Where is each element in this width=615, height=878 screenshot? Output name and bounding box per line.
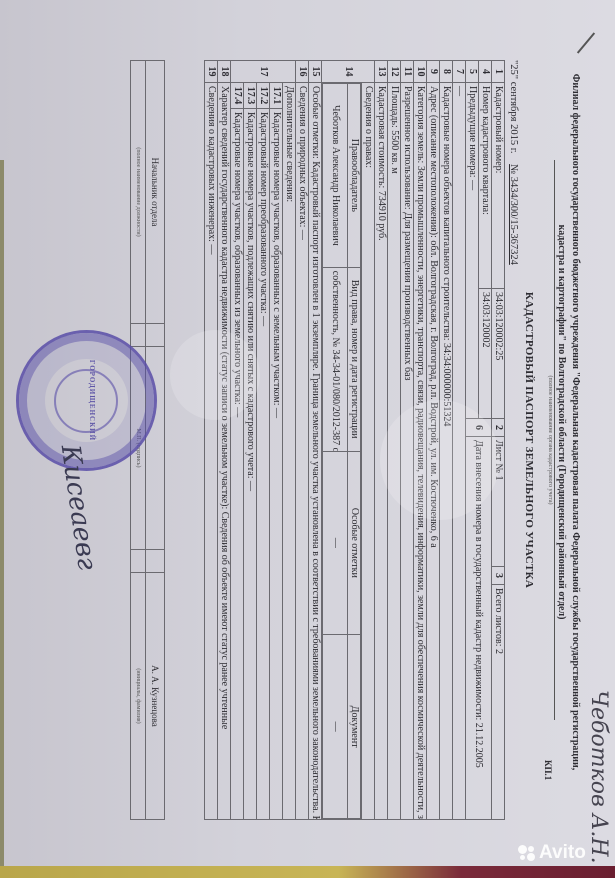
rights-notes: —: [323, 451, 348, 635]
row-label: Номер кадастрового квартала:: [479, 83, 492, 289]
table-row: Правообладатель Вид права, номер и дата …: [322, 61, 362, 820]
row-number: 13: [375, 61, 388, 83]
date-line: "25" сентября 2015 г. № 3434/300/15-3673…: [508, 60, 519, 265]
table-row: 18 Характер сведений государственного ка…: [218, 61, 231, 820]
record-status: Характер сведений государственного кадас…: [218, 83, 231, 820]
table-row: 17.4 Кадастровые номера участков, образо…: [231, 61, 244, 820]
table-row: 17 Дополнительные сведения:: [283, 61, 296, 820]
issuer-header-line1: Филиал федерального государственного бюд…: [570, 62, 581, 782]
row-number: 17.2: [257, 83, 270, 109]
total-sheets: Всего листов: 2: [492, 585, 505, 820]
cadastral-number: 34:03:120002:25: [492, 289, 505, 419]
issuer-caption: (полное наименование органа кадастрового…: [547, 160, 553, 720]
table-row: 17.1 Кадастровые номера участков, образо…: [270, 61, 283, 820]
rights-label: Сведения о правах:: [362, 83, 375, 820]
quarter-number: 34:03:120002: [479, 289, 492, 419]
spacer: [131, 550, 146, 573]
form-code: КП.1: [543, 760, 553, 780]
spacer: [146, 324, 165, 347]
official-position: Начальник отдела: [146, 61, 165, 324]
rights-header-holder: Правообладатель: [348, 84, 361, 268]
rights-table: Правообладатель Вид права, номер и дата …: [322, 83, 361, 819]
name-caption: (инициалы, фамилия): [131, 573, 146, 820]
rights-type: собственность, № 34-34-01/080/2012-387 о…: [323, 267, 348, 451]
row-number: 17.1: [270, 83, 283, 109]
row-number: 19: [205, 61, 218, 83]
spacer: [131, 324, 146, 347]
row-number: 18: [218, 61, 231, 83]
rights-header-right: Вид права, номер и дата регистрации: [348, 267, 361, 451]
additional-info: Дополнительные сведения:: [283, 83, 296, 820]
watermark-shape: [380, 400, 500, 520]
official-stamp: ГОРОДИЩЕНСКИЙ: [16, 330, 157, 471]
row-number: 4: [479, 61, 492, 83]
table-row: 16 Сведения о природных объектах: —: [296, 61, 309, 820]
formed-with-parcels: Кадастровые номера участков, образованны…: [270, 109, 283, 820]
row-number: 12: [388, 61, 401, 83]
row-value: —: [467, 180, 478, 190]
row-number: 17: [231, 61, 296, 83]
stamp-emblem: [54, 369, 118, 433]
rights-holder: Чеботков Александр Николаевич: [323, 84, 348, 268]
row-number: 9: [427, 61, 440, 83]
row-number: 17.4: [231, 83, 244, 109]
spacer: [146, 550, 165, 573]
row-number: 7: [453, 61, 466, 83]
cadastral-engineers: Сведения о кадастровых инженерах: —: [205, 83, 218, 820]
header-rule: [554, 160, 555, 720]
row-number: 8: [440, 61, 453, 83]
official-name: А. А. Кузнецова: [146, 573, 165, 820]
watermark-shape: [170, 330, 260, 420]
document-number: № 3434/300/15-367324: [508, 164, 519, 265]
issue-date: "25" сентября 2015 г.: [508, 60, 519, 153]
avito-watermark: Avito: [518, 842, 586, 864]
table-row: 14 Сведения о правах:: [362, 61, 375, 820]
row-number: 3: [492, 567, 505, 585]
rights-header-document: Документ: [348, 635, 361, 819]
row-number: 16: [296, 61, 309, 83]
row-number: 14: [322, 61, 375, 83]
stamp-text: ГОРОДИЩЕНСКИЙ: [88, 343, 96, 458]
rights-cell: Правообладатель Вид права, номер и дата …: [322, 83, 362, 820]
row-label: Кадастровый номер:: [492, 83, 505, 289]
document-title: КАДАСТРОВЫЙ ПАСПОРТ ЗЕМЕЛЬНОГО УЧАСТКА: [523, 60, 535, 820]
rights-header-notes: Особые отметки: [348, 451, 361, 635]
issuer-header-line2: кадастра и картографии" по Волгоградской…: [556, 62, 567, 782]
row-number: 17.3: [244, 83, 257, 109]
table-edge-strip: [0, 160, 4, 878]
row-number: 5: [466, 61, 479, 83]
avito-logo-icon: [518, 845, 536, 861]
handwritten-name: Чеботков А.Н.: [586, 690, 611, 864]
rights-document: —: [323, 635, 348, 819]
row-number: 1: [492, 61, 505, 83]
row-number: 15: [309, 61, 322, 83]
table-row: 17.3 Кадастровые номера участков, подлеж…: [244, 61, 257, 820]
removed-parcels: Кадастровые номера участков, подлежащих …: [244, 109, 257, 820]
formed-from-parcels: Кадастровые номера участков, образованны…: [231, 109, 244, 820]
row-label: Предыдущие номера:: [467, 86, 478, 178]
table-row: 17.2 Кадастровый номер преобразованного …: [257, 61, 270, 820]
special-notes: Особые отметки: Кадастровый паспорт изго…: [309, 83, 322, 820]
natural-objects: Сведения о природных объектах: —: [296, 83, 309, 820]
pen-mark: [577, 32, 595, 53]
row-number: 11: [401, 61, 414, 83]
table-row: 15 Особые отметки: Кадастровый паспорт и…: [309, 61, 322, 820]
avito-brand: Avito: [539, 842, 586, 864]
transformed-parcel: Кадастровый номер преобразованного участ…: [257, 109, 270, 820]
previous-numbers: Предыдущие номера: —: [466, 83, 479, 419]
table-row: 19 Сведения о кадастровых инженерах: —: [205, 61, 218, 820]
row-number: 10: [414, 61, 427, 83]
cadastral-passport-document: Чеботков А.Н. Филиал федерального госуда…: [15, 0, 615, 878]
position-caption: (полное наименование должности): [131, 61, 146, 324]
